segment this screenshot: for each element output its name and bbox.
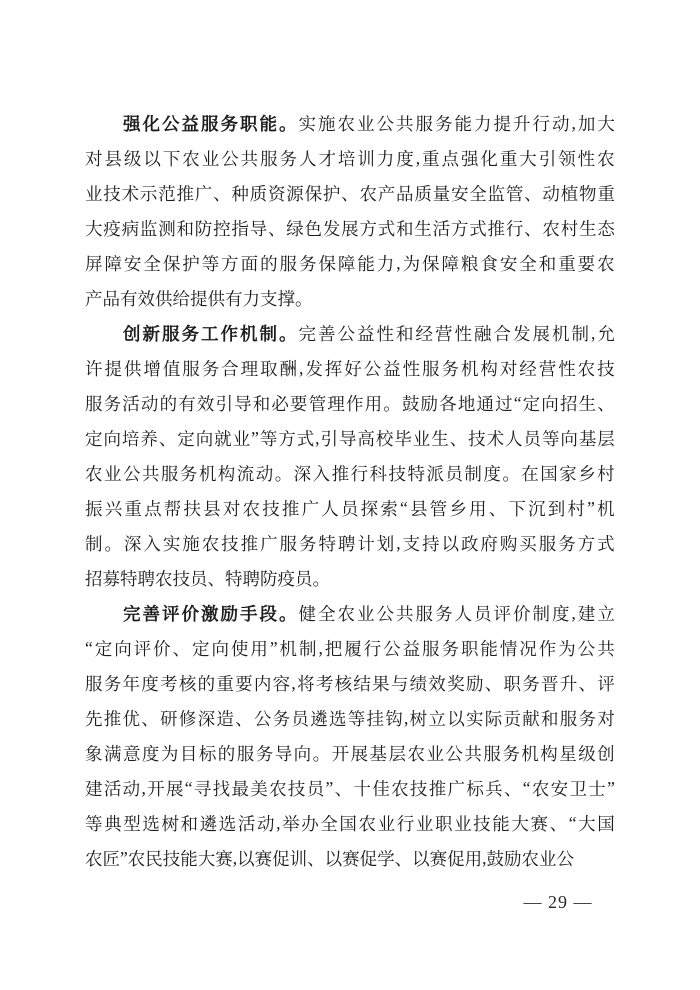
document-body: 强化公益服务职能。实施农业公共服务能力提升行动,加大对县级以下农业公共服务人才培… (85, 106, 615, 876)
text-line: 创新服务工作机制。完善公益性和经营性融合发展机制,允 (85, 316, 615, 351)
text-line: 振兴重点帮扶县对农技推广人员探索“县管乡用、下沉到村”机 (85, 491, 615, 526)
paragraph: 完善评价激励手段。健全农业公共服务人员评价制度,建立“定向评价、定向使用”机制,… (85, 596, 615, 876)
text-line: 服务活动的有效引导和必要管理作用。鼓励各地通过“定向招生、 (85, 386, 615, 421)
text-line: 大疫病监测和防控指导、绿色发展方式和生活方式推行、农村生态 (85, 211, 615, 246)
text-line: 建活动,开展“寻找最美农技员”、十佳农技推广标兵、“农安卫士” (85, 771, 615, 806)
page-number: — 29 — (516, 889, 600, 915)
text-line: 许提供增值服务合理取酬,发挥好公益性服务机构对经营性农技 (85, 351, 615, 386)
text-line: 强化公益服务职能。实施农业公共服务能力提升行动,加大 (85, 106, 615, 141)
text-line: 服务年度考核的重要内容,将考核结果与绩效奖励、职务晋升、评 (85, 666, 615, 701)
text-line: 对县级以下农业公共服务人才培训力度,重点强化重大引领性农 (85, 141, 615, 176)
text-line: 象满意度为目标的服务导向。开展基层农业公共服务机构星级创 (85, 736, 615, 771)
text-line: 招募特聘农技员、特聘防疫员。 (85, 561, 615, 596)
paragraph: 创新服务工作机制。完善公益性和经营性融合发展机制,允许提供增值服务合理取酬,发挥… (85, 316, 615, 596)
text-line: 等典型选树和遴选活动,举办全国农业行业职业技能大赛、“大国 (85, 806, 615, 841)
text-line: 制。深入实施农技推广服务特聘计划,支持以政府购买服务方式 (85, 526, 615, 561)
text-line: 定向培养、定向就业”等方式,引导高校毕业生、技术人员等向基层 (85, 421, 615, 456)
document-page: 强化公益服务职能。实施农业公共服务能力提升行动,加大对县级以下农业公共服务人才培… (0, 0, 700, 990)
text-line: 产品有效供给提供有力支撑。 (85, 281, 615, 316)
text-line: 农匠”农民技能大赛,以赛促训、以赛促学、以赛促用,鼓励农业公 (85, 841, 615, 876)
text-line: 业技术示范推广、种质资源保护、农产品质量安全监管、动植物重 (85, 176, 615, 211)
text-line: 完善评价激励手段。健全农业公共服务人员评价制度,建立 (85, 596, 615, 631)
text-line: 农业公共服务机构流动。深入推行科技特派员制度。在国家乡村 (85, 456, 615, 491)
paragraph: 强化公益服务职能。实施农业公共服务能力提升行动,加大对县级以下农业公共服务人才培… (85, 106, 615, 316)
text-line: 先推优、研修深造、公务员遴选等挂钩,树立以实际贡献和服务对 (85, 701, 615, 736)
text-line: 屏障安全保护等方面的服务保障能力,为保障粮食安全和重要农 (85, 246, 615, 281)
text-line: “定向评价、定向使用”机制,把履行公益服务职能情况作为公共 (85, 631, 615, 666)
